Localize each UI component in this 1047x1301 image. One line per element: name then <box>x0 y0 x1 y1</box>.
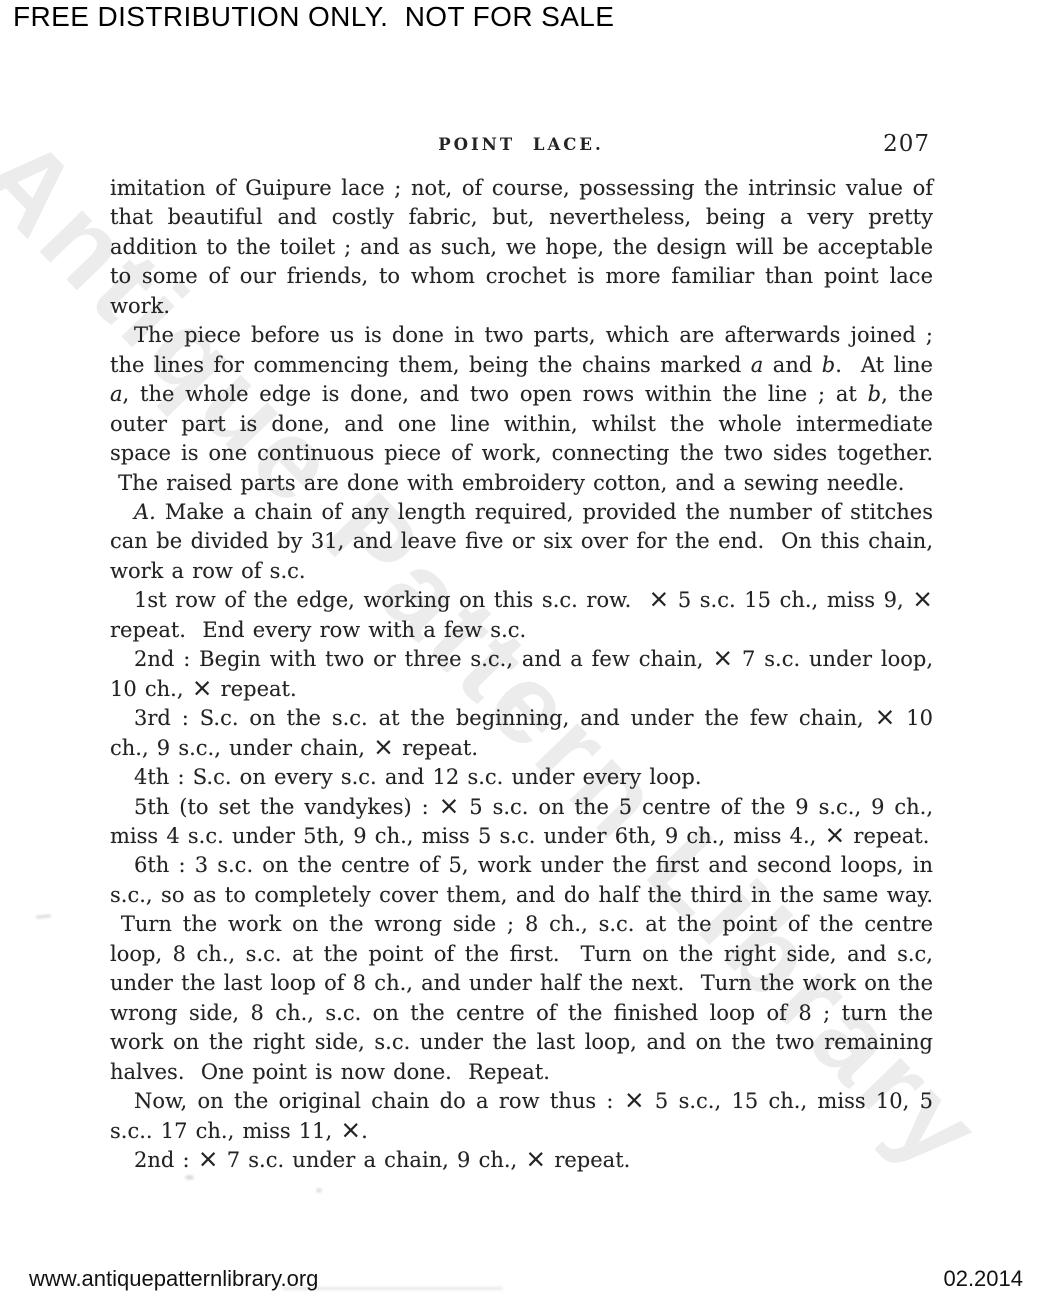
paragraph: 3rd : S.c. on the s.c. at the beginning,… <box>110 704 933 763</box>
footer-date: 02.2014 <box>943 1266 1023 1292</box>
distribution-banner: FREE DISTRIBUTION ONLY. NOT FOR SALE <box>13 1 614 33</box>
paragraph: The piece before us is done in two parts… <box>110 321 933 498</box>
body-paragraphs: imitation of Guipure lace ; not, of cour… <box>110 174 933 1175</box>
paragraph: imitation of Guipure lace ; not, of cour… <box>110 174 933 321</box>
paragraph: Now, on the original chain do a row thus… <box>110 1087 933 1146</box>
paragraph: 6th : 3 s.c. on the centre of 5, work un… <box>110 851 933 1087</box>
page-number: 207 <box>883 131 930 157</box>
paragraph: 2nd : Begin with two or three s.c., and … <box>110 645 933 704</box>
paragraph: 1st row of the edge, working on this s.c… <box>110 586 933 645</box>
scan-artifact <box>36 914 51 919</box>
scan-artifact <box>316 1188 322 1193</box>
running-title: POINT LACE. <box>110 135 932 154</box>
scan-artifact <box>185 1175 194 1180</box>
footer-site-url: www.antiquepatternlibrary.org <box>29 1266 318 1292</box>
page-header: POINT LACE. 207 <box>110 131 932 161</box>
paragraph: 2nd : × 7 s.c. under a chain, 9 ch., × r… <box>110 1146 933 1175</box>
paragraph: 5th (to set the vandykes) : × 5 s.c. on … <box>110 793 933 852</box>
paragraph: 4th : S.c. on every s.c. and 12 s.c. und… <box>110 763 933 792</box>
paragraph: A. Make a chain of any length required, … <box>110 498 933 586</box>
